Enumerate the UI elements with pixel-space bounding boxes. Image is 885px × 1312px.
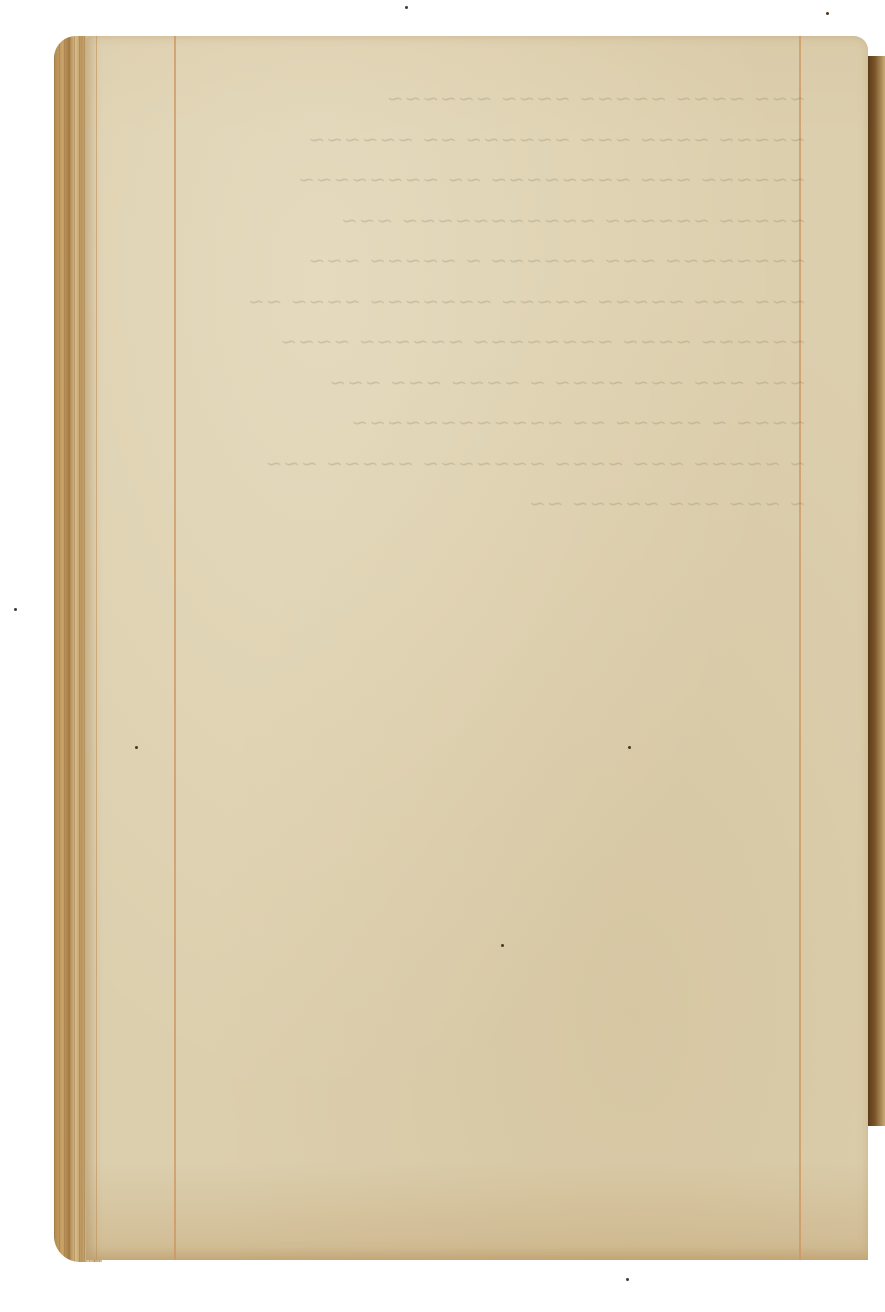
- dust-speck: [14, 608, 17, 611]
- bleed-line: ~~~~~~ ~~~~ ~~~~~~~~ ~~~~~~ ~~~~: [206, 321, 806, 362]
- dust-speck: [826, 12, 829, 15]
- dust-speck: [626, 1278, 629, 1281]
- page-fold-line: [96, 36, 97, 1260]
- bleed-line: ~~~~~ ~~~~ ~~~ ~~~~~~ ~~ ~~~~~~: [206, 119, 806, 160]
- dust-speck: [628, 746, 631, 749]
- bleed-line: ~~~ ~~~~ ~~~~~ ~~~~ ~~~~~~: [206, 78, 806, 119]
- dust-speck: [501, 944, 504, 947]
- bleed-line: ~ ~~~~~ ~~~ ~~~~ ~~~~~~~ ~~~~~ ~~~: [206, 443, 806, 484]
- dust-speck: [405, 6, 408, 9]
- adjacent-page-edge: [868, 56, 885, 1126]
- bleed-line: ~ ~~~ ~~~ ~~~~~ ~~: [206, 483, 806, 524]
- bleed-line: ~~~~ ~ ~~~~~ ~~ ~~~~~~~~~~~~: [206, 402, 806, 443]
- notebook-page: ~~~ ~~~~ ~~~~~ ~~~~ ~~~~~~ ~~~~~ ~~~~ ~~…: [86, 36, 868, 1260]
- bleed-through-text: ~~~ ~~~~ ~~~~~ ~~~~ ~~~~~~ ~~~~~ ~~~~ ~~…: [206, 78, 806, 524]
- bleed-line: ~~~~~~~~ ~~~ ~~~~~~ ~ ~~~~~ ~~~: [206, 240, 806, 281]
- bleed-line: ~~~~~~ ~~~ ~~~~~~~~ ~~ ~~~~~~~~: [206, 159, 806, 200]
- notebook-spread: ~~~ ~~~~ ~~~~~ ~~~~ ~~~~~~ ~~~~~ ~~~~ ~~…: [0, 0, 885, 1312]
- left-margin-rule: [174, 36, 176, 1260]
- bleed-line: ~~~~~ ~~~~~~ ~~~~~~~~~~~ ~~~: [206, 200, 806, 241]
- bleed-line: ~~~ ~~~ ~~~~~ ~~~~~ ~~~~~~~ ~~~~ ~~: [206, 281, 806, 322]
- bleed-line: ~~~ ~~~ ~~~ ~~~~ ~ ~~~~ ~~~ ~~~: [206, 362, 806, 403]
- dust-speck: [135, 746, 138, 749]
